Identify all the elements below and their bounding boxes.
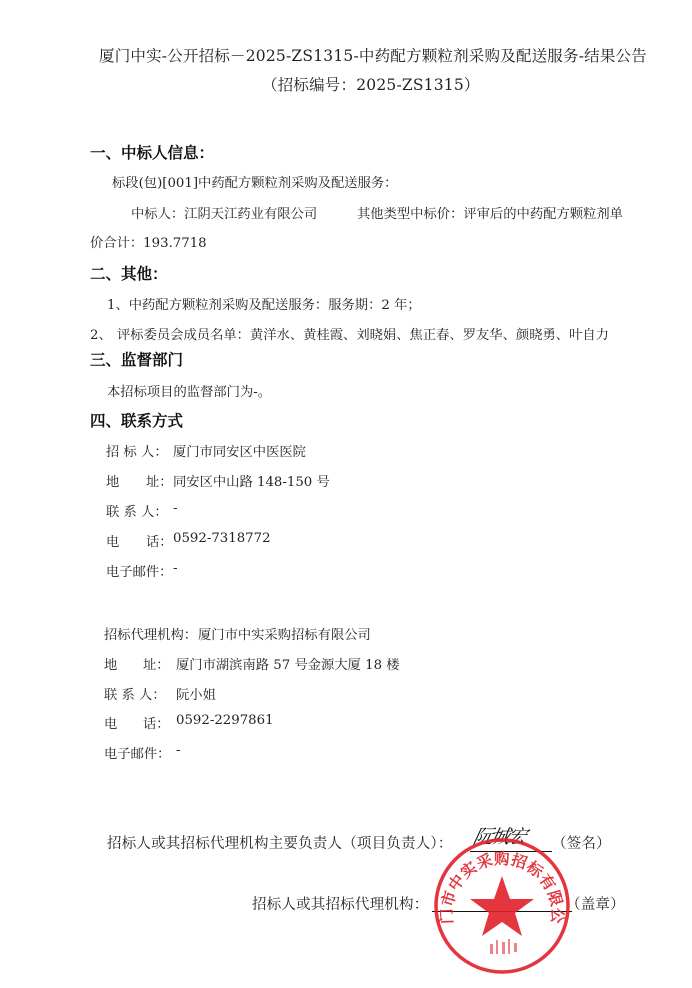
agency-address: 厦门市湖滨南路 57 号金源大厦 18 楼 [176,654,400,673]
agency-email: - [176,743,181,758]
tenderer-phone-label-2: 话： [146,531,173,550]
tenderer-contact-label: 联 系 人： [106,501,168,520]
tenderer-contact: - [173,501,178,516]
document-title: 厦门中实-公开招标－2025-ZS1315-中药配方颗粒剂采购及配送服务-结果公… [99,44,647,66]
tenderer-phone-label-1: 电 [106,531,119,550]
stamp-serial-marks [490,939,517,954]
agency-contact-label: 联 系 人： [104,684,166,703]
section-heading-winner: 一、中标人信息： [90,141,214,163]
section-heading-contact: 四、联系方式 [90,409,183,431]
tenderer-name: 厦门市同安区中医医院 [173,441,306,460]
agency-contact: 阮小姐 [176,684,216,703]
agency-phone-label-1: 电 [104,713,117,732]
star-icon [470,876,534,936]
agency-name-label: 招标代理机构： [104,624,197,643]
agency-phone: 0592-2297861 [176,713,274,728]
winning-price-label: 其他类型中标价：评审后的中药配方颗粒剂单 [357,203,623,222]
tenderer-phone: 0592-7318772 [173,531,271,546]
tender-number: （招标编号：2025-ZS1315） [262,73,480,95]
section-heading-other: 二、其他： [90,262,168,284]
agency-email-label: 电子邮件： [104,743,170,762]
section-heading-supervision: 三、监督部门 [90,348,183,370]
tenderer-address-label-2: 址： [146,471,173,490]
tenderer-address-label-1: 地 [106,471,119,490]
other-item-2-number: 2、 [90,324,112,343]
winning-price-value: 价合计：193.7718 [90,232,207,251]
seal-suffix: （盖章） [566,893,625,914]
supervision-text: 本招标项目的监督部门为-。 [107,381,271,400]
other-item-1: 1、中药配方颗粒剂采购及配送服务：服务期：2 年； [107,294,421,313]
principal-signature-label: 招标人或其招标代理机构主要负责人（项目负责人）： [107,832,453,853]
tenderer-email: - [173,561,178,576]
lot-description: 标段(包)[001]中药配方颗粒剂采购及配送服务： [112,172,397,191]
other-item-2: 评标委员会成员名单：黄洋水、黄桂霞、刘晓娟、焦正春、罗友华、颜晓勇、叶自力 [117,324,609,343]
winning-bidder: 中标人：江阴天江药业有限公司 [131,203,317,222]
tenderer-name-label: 招 标 人： [106,441,168,460]
tenderer-address: 同安区中山路 148-150 号 [173,471,330,490]
agency-name: 厦门市中实采购招标有限公司 [198,624,371,643]
company-seal-stamp: 厦门市中实采购招标有限公司 [432,836,572,976]
agency-phone-label-2: 话： [143,713,170,732]
agency-address-label-1: 地 [104,654,117,673]
agency-seal-label: 招标人或其招标代理机构： [252,893,428,914]
agency-address-label-2: 址： [143,654,170,673]
tenderer-email-label: 电子邮件： [106,561,172,580]
